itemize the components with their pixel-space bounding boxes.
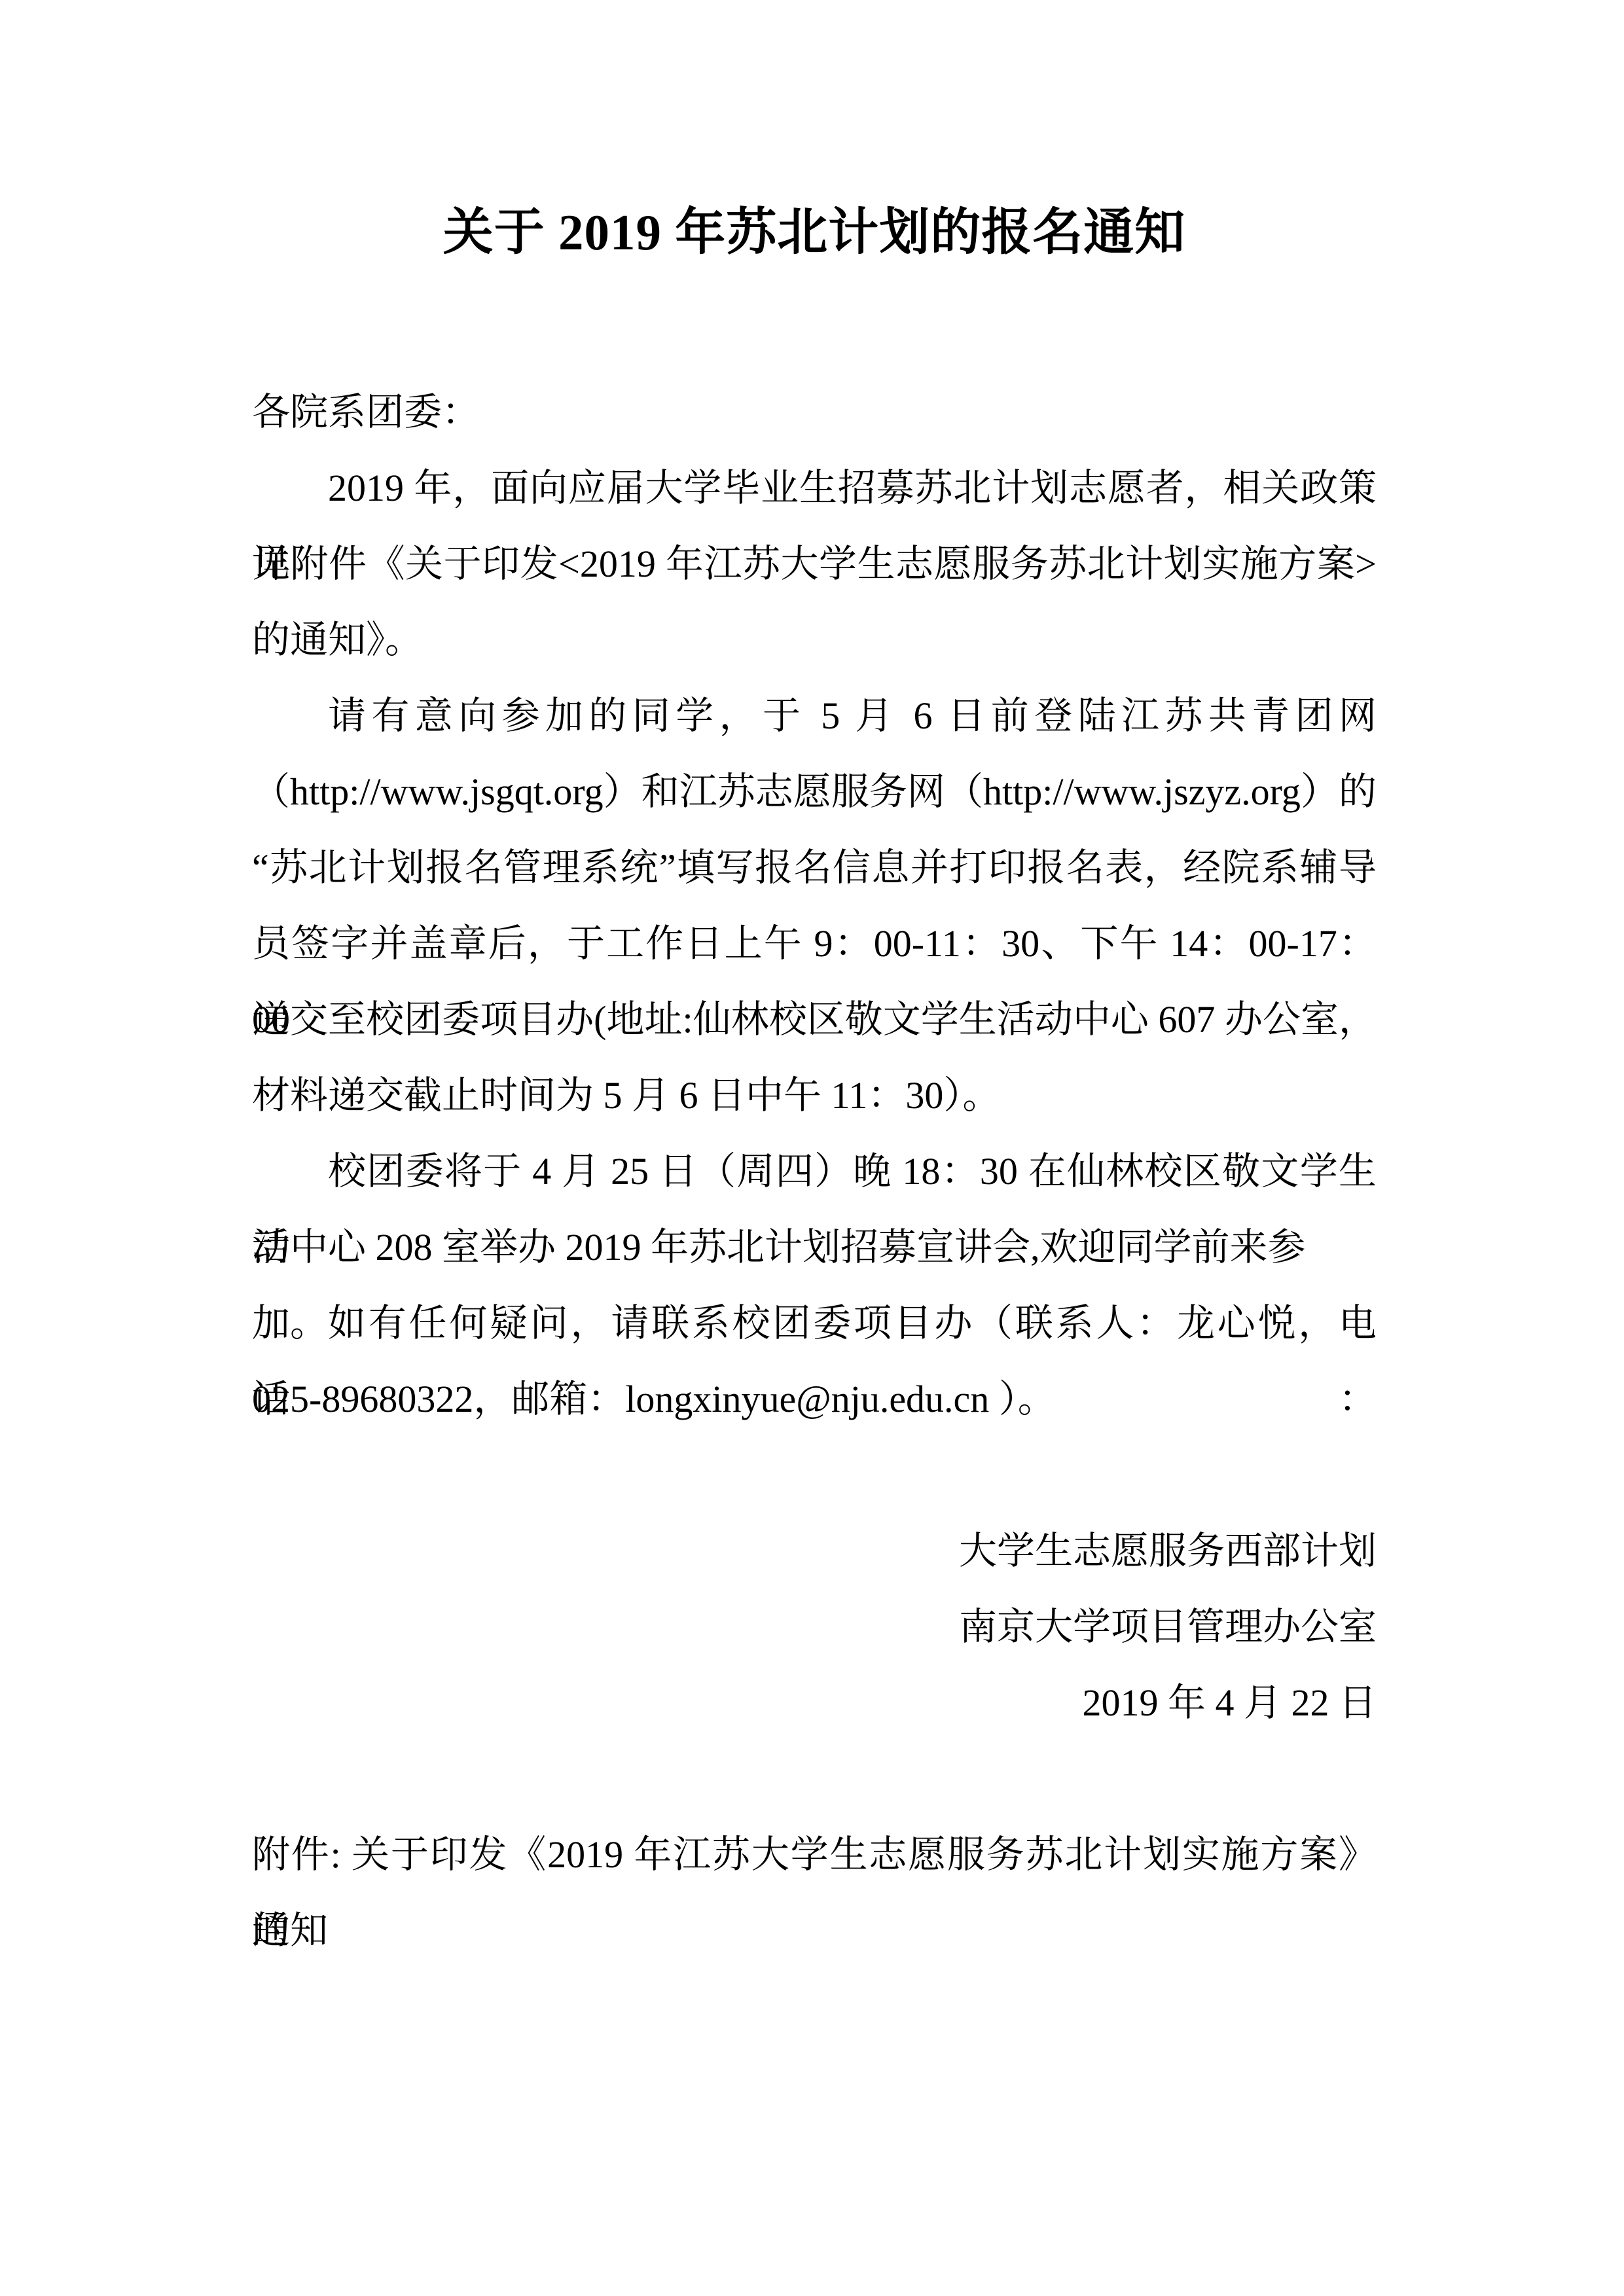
attachment-line-1: 附件: 关于印发《2019 年江苏大学生志愿服务苏北计划实施方案》的 xyxy=(252,1817,1377,1893)
body-line-5: （http://www.jsgqt.org）和江苏志愿服务网（http://ww… xyxy=(252,754,1377,830)
body-line-2: 见附件《关于印发<2019 年江苏大学生志愿服务苏北计划实施方案> xyxy=(252,526,1377,602)
blank-line xyxy=(252,1437,1377,1513)
blank-line xyxy=(252,1741,1377,1817)
salutation-line: 各院系团委： xyxy=(252,374,1377,450)
signature-date-line: 2019 年 4 月 22 日 xyxy=(252,1665,1377,1741)
body-line-6: “苏北计划报名管理系统”填写报名信息并打印报名表，经院系辅导 xyxy=(252,830,1377,906)
body-line-11: 动中心 208 室举办 2019 年苏北计划招募宣讲会,欢迎同学前来参加。 xyxy=(252,1210,1377,1285)
body-line-3: 的通知》。 xyxy=(252,602,1377,678)
attachment-line-2: 通知 xyxy=(252,1893,1377,1969)
body-line-7: 员签字并盖章后，于工作日上午 9：00-11：30、下午 14：00-17：00 xyxy=(252,906,1377,982)
body-line-9: 材料递交截止时间为 5 月 6 日中午 11：30）。 xyxy=(252,1058,1377,1134)
notice-document-page: 关于 2019 年苏北计划的报名通知 各院系团委： 2019 年，面向应届大学毕… xyxy=(0,0,1624,2296)
body-line-10: 校团委将于 4 月 25 日（周四）晚 18：30 在仙林校区敬文学生活 xyxy=(252,1134,1377,1210)
signature-org-line-1: 大学生志愿服务西部计划 xyxy=(252,1513,1377,1589)
body-line-1: 2019 年，面向应届大学毕业生招募苏北计划志愿者，相关政策详 xyxy=(252,450,1377,526)
body-line-4: 请有意向参加的同学，于 5 月 6 日前登陆江苏共青团网 xyxy=(252,678,1377,754)
signature-org-line-2: 南京大学项目管理办公室 xyxy=(252,1589,1377,1665)
document-title: 关于 2019 年苏北计划的报名通知 xyxy=(252,193,1377,272)
body-line-8: 递交至校团委项目办(地址:仙林校区敬文学生活动中心 607 办公室， xyxy=(252,982,1377,1058)
body-line-12: 如有任何疑问，请联系校团委项目办（联系人：龙心悦，电话： xyxy=(252,1285,1377,1361)
